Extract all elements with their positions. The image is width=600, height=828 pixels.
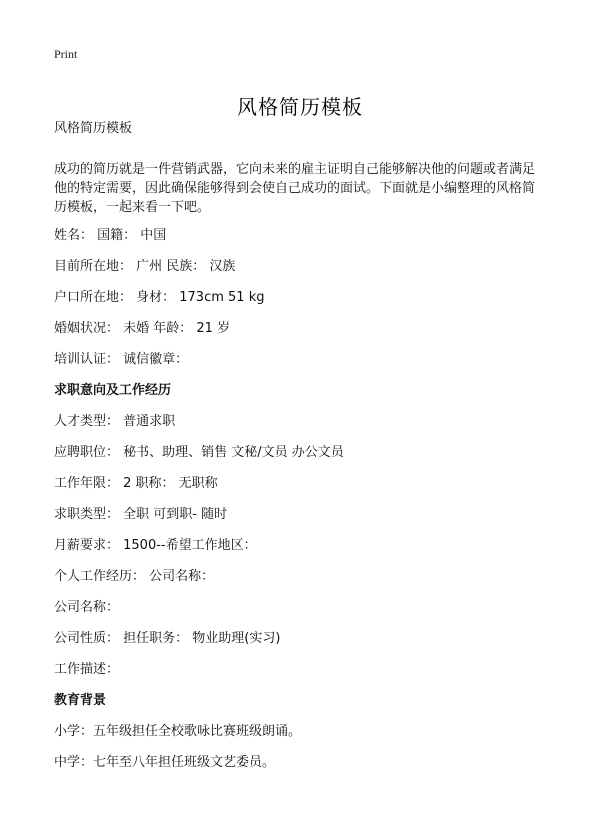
intro-paragraph: 成功的简历就是一件营销武器，它向未来的雇主证明自己能够解决他的问题或者满足他的特…: [54, 160, 544, 217]
info-line-name: 姓名： 国籍： 中国: [54, 226, 554, 257]
info-line-certification: 培训认证： 诚信徽章：: [54, 350, 554, 381]
info-line-marital: 婚姻状况： 未婚 年龄： 21 岁: [54, 319, 554, 350]
job-line-salary: 月薪要求： 1500--希望工作地区：: [54, 536, 554, 567]
job-line-company-nature: 公司性质： 担任职务： 物业助理(实习): [54, 629, 554, 660]
job-line-description: 工作描述：: [54, 660, 554, 691]
education-line-primary: 小学：五年级担任全校歌咏比赛班级朗诵。: [54, 722, 554, 753]
info-line-location: 目前所在地： 广州 民族： 汉族: [54, 257, 554, 288]
education-line-middle: 中学：七年至八年担任班级文艺委员。: [54, 753, 554, 784]
section-heading-education: 教育背景: [54, 691, 554, 722]
page-title: 风格简历模板: [0, 91, 600, 120]
info-line-household: 户口所在地： 身材： 173cm 51 kg: [54, 288, 554, 319]
print-link[interactable]: Print: [54, 47, 77, 62]
job-line-years: 工作年限： 2 职称： 无职称: [54, 474, 554, 505]
job-line-company-name: 公司名称：: [54, 598, 554, 629]
document-body: 风格简历模板 成功的简历就是一件营销武器，它向未来的雇主证明自己能够解决他的问题…: [54, 119, 554, 784]
job-line-talent-type: 人才类型： 普通求职: [54, 412, 554, 443]
document-subtitle: 风格简历模板: [54, 119, 554, 150]
job-line-experience: 个人工作经历： 公司名称：: [54, 567, 554, 598]
job-line-position: 应聘职位： 秘书、助理、销售 文秘/文员 办公文员: [54, 443, 554, 474]
section-heading-job: 求职意向及工作经历: [54, 381, 554, 412]
job-line-type: 求职类型： 全职 可到职- 随时: [54, 505, 554, 536]
